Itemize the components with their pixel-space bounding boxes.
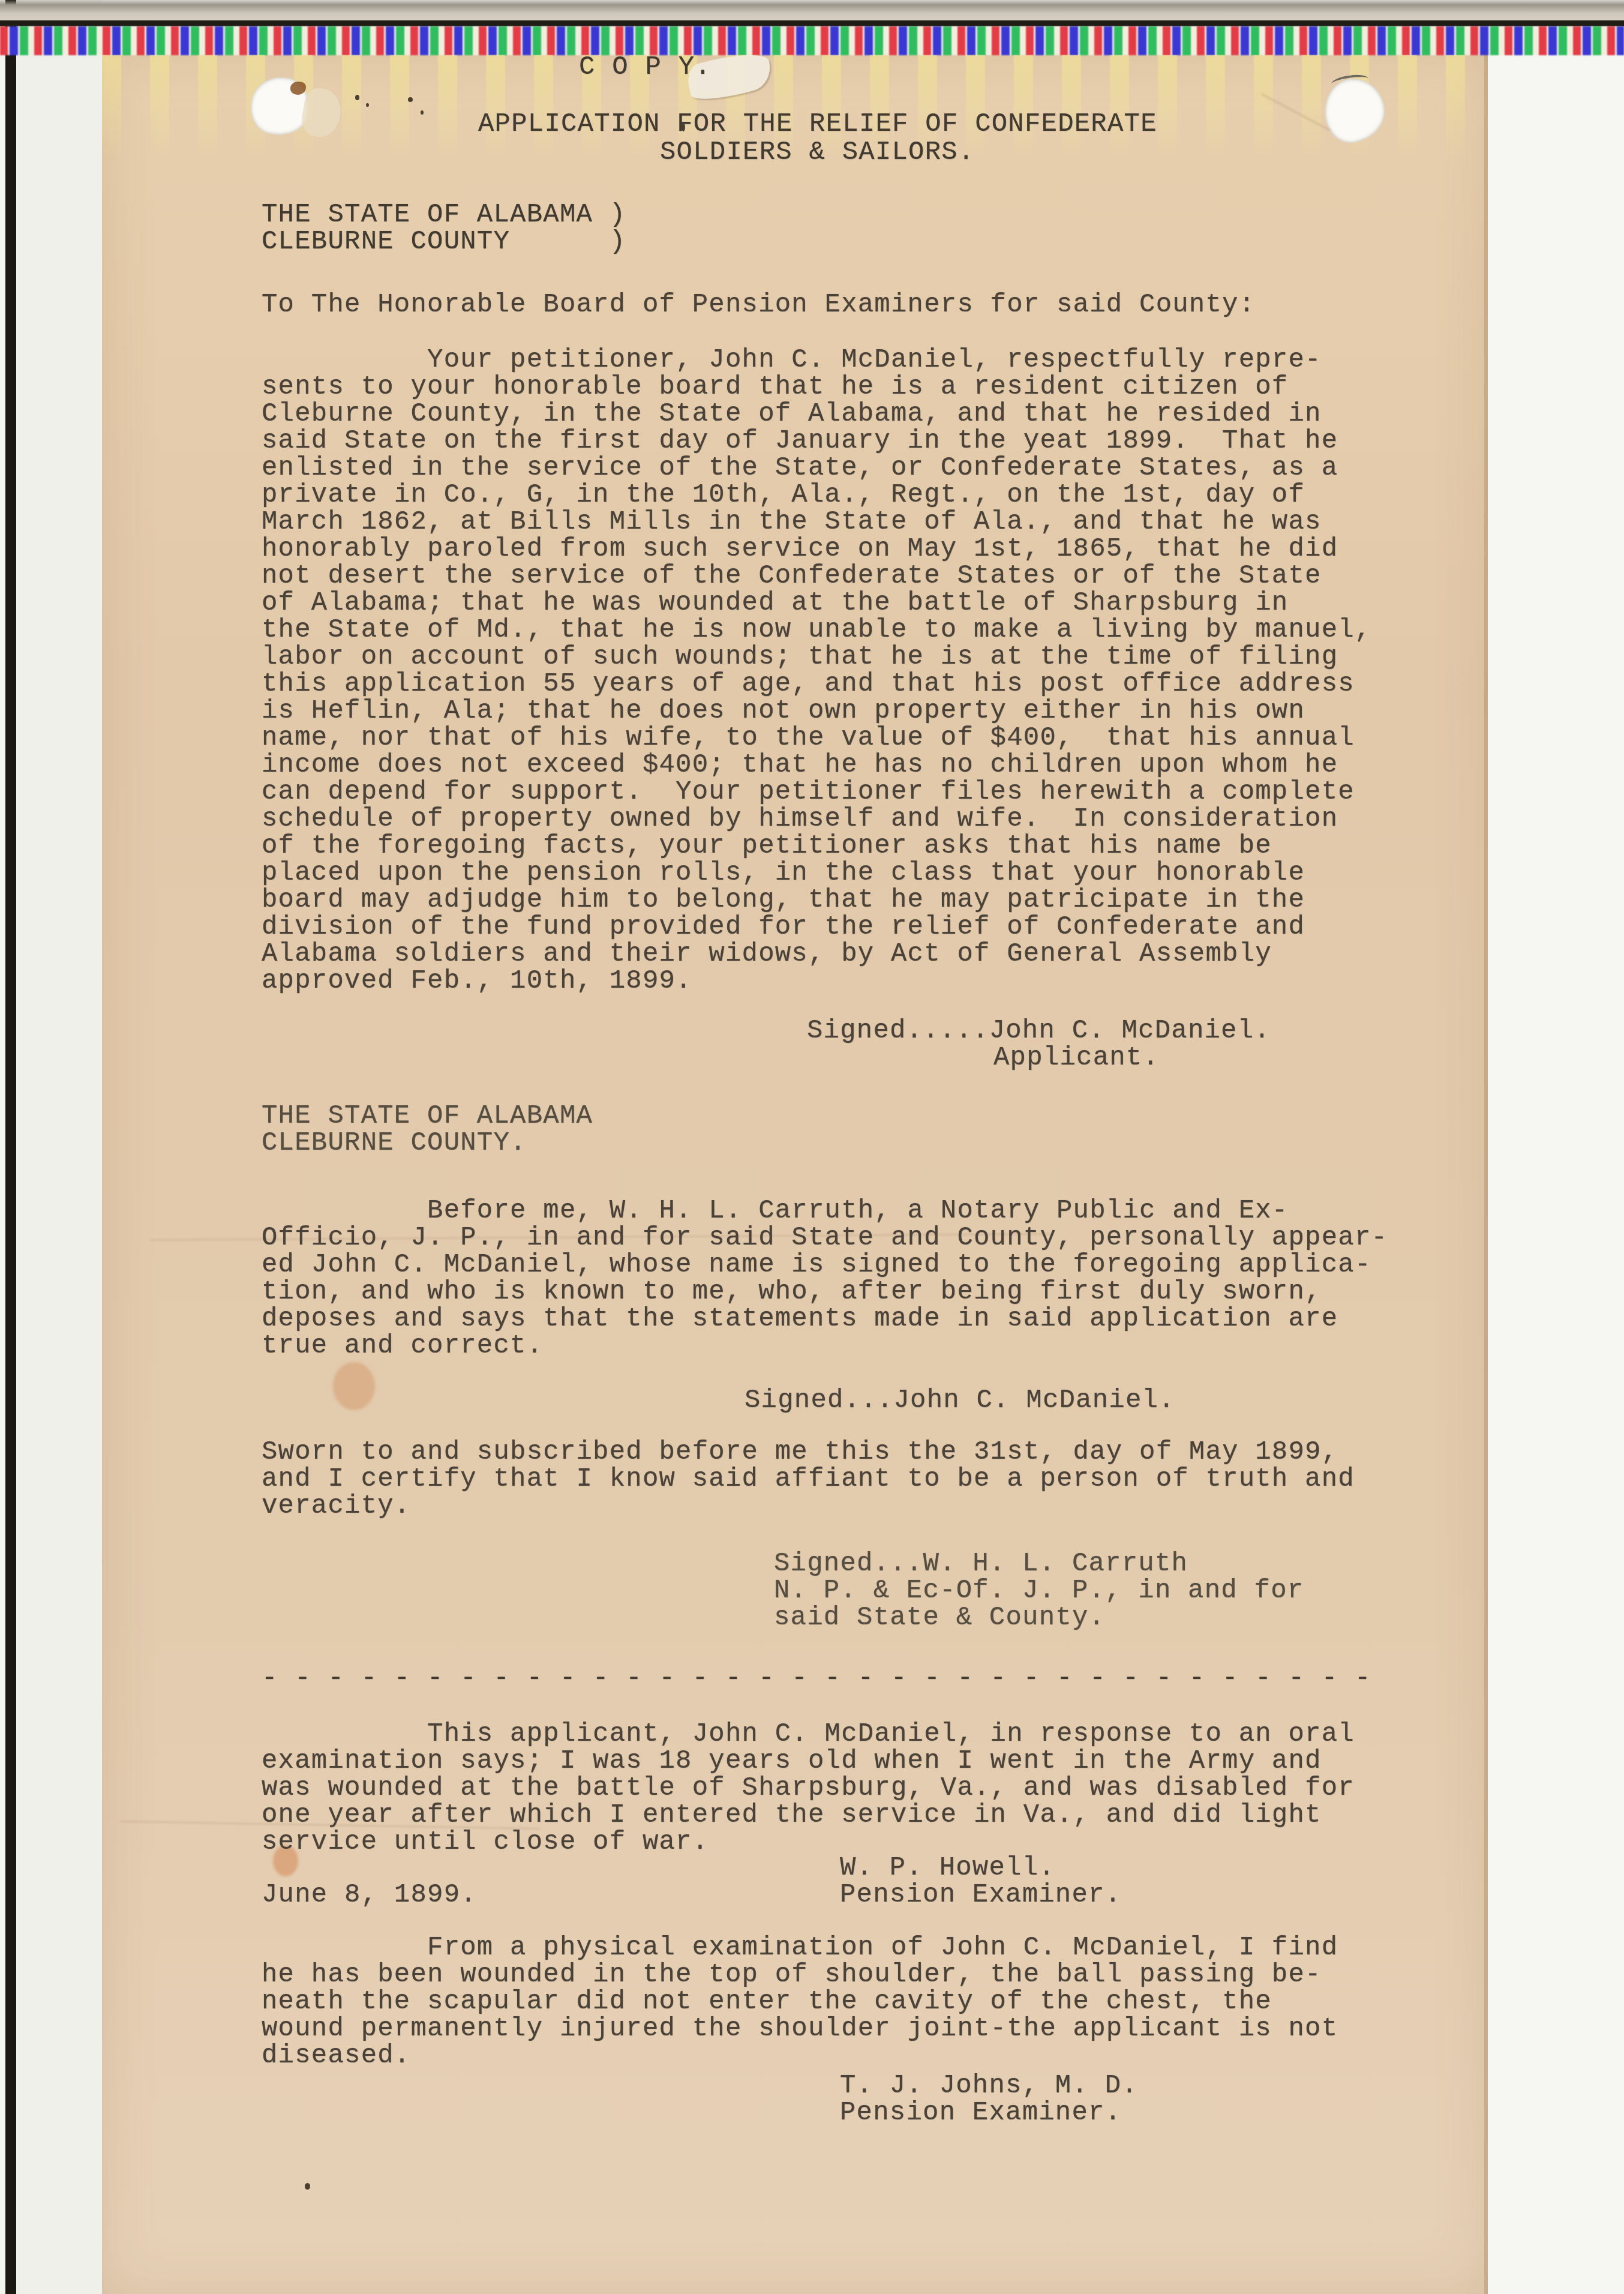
paper-right-edge-shadow — [1484, 52, 1488, 2294]
examiner1-signature-block: W. P. Howell. Pension Examiner. — [840, 1855, 1121, 1909]
film-edge-bar — [5, 0, 16, 2294]
sworn-statement: Sworn to and subscribed before me this t… — [262, 1439, 1355, 1520]
title-line1: APPLICATION FOR THE RELIEF OF CONFEDERAT… — [478, 111, 1157, 138]
petition-body: Your petitioner, John C. McDaniel, respe… — [262, 347, 1371, 995]
applicant-signature-line: Signed.....John C. McDaniel. — [807, 1018, 1271, 1045]
jurisdiction-block: THE STATE OF ALABAMA ) CLEBURNE COUNTY ) — [262, 202, 626, 256]
copy-label: C O P Y. — [579, 54, 712, 81]
examination-date: June 8, 1899. — [262, 1882, 477, 1909]
film-edge-sliver — [0, 0, 5, 2294]
film-calibration-strip — [0, 26, 1624, 55]
physical-examination: From a physical examination of John C. M… — [262, 1935, 1338, 2070]
salutation: To The Honorable Board of Pension Examin… — [262, 292, 1255, 319]
notary-signature-block: Signed...W. H. L. Carruth N. P. & Ec-Of.… — [774, 1551, 1304, 1632]
ink-speck — [305, 2183, 310, 2190]
oral-examination: This applicant, John C. McDaniel, in res… — [262, 1721, 1355, 1856]
examiner2-signature-block: T. J. Johns, M. D. Pension Examiner. — [840, 2073, 1138, 2127]
scanner-margin-right — [1488, 0, 1624, 2294]
title-line2: SOLDIERS & SAILORS. — [660, 139, 974, 166]
ink-speck — [421, 110, 424, 115]
ink-speck — [408, 97, 413, 102]
scan-top-line — [0, 20, 1624, 26]
ink-speck — [366, 103, 369, 107]
applicant-signature-line-2: Signed...John C. McDaniel. — [745, 1387, 1175, 1414]
jurisdiction-block-2: THE STATE OF ALABAMA CLEBURNE COUNTY. — [262, 1103, 593, 1157]
applicant-role: Applicant. — [993, 1045, 1159, 1072]
ink-speck — [355, 95, 359, 100]
scanned-document-canvas: C O P Y. APPLICATION FOR THE RELIEF OF C… — [0, 0, 1624, 2294]
dashed-separator: - - - - - - - - - - - - - - - - - - - - … — [262, 1665, 1371, 1692]
notary-affidavit: Before me, W. H. L. Carruth, a Notary Pu… — [262, 1198, 1388, 1360]
foxing-spot — [333, 1362, 375, 1410]
scan-top-fuzz — [0, 0, 1624, 22]
